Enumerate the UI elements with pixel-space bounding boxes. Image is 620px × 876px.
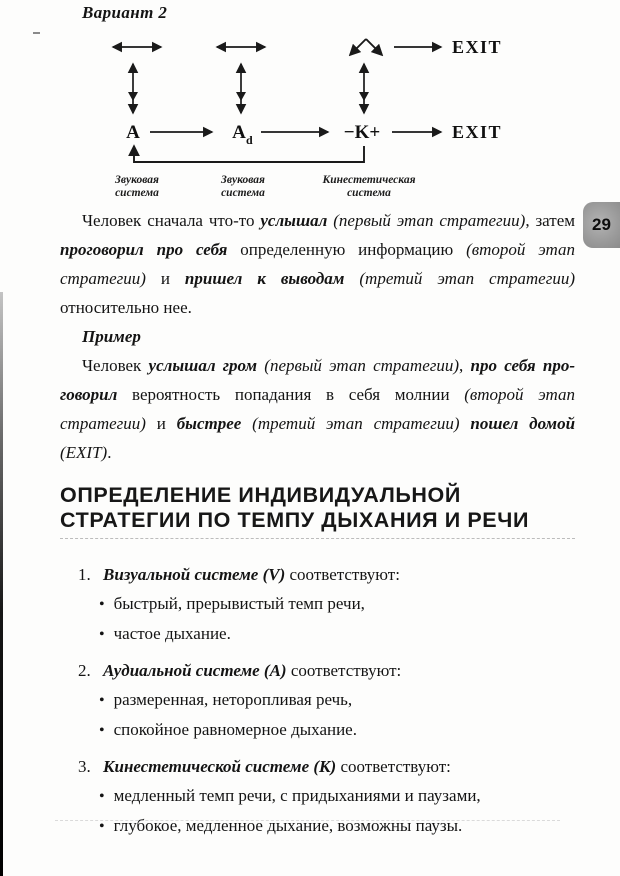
list-number: 1. (78, 560, 103, 589)
strategy-diagram: EXIT A A d −K+ EXIT Звуковая система Зву… (0, 24, 620, 206)
list-item-lead: 3.Кинестетической системе (К) соответств… (60, 752, 575, 781)
section-heading-line1: ОПРЕДЕЛЕНИЕ ИНДИВИДУАЛЬНОЙ (60, 483, 461, 507)
page-content: Человек сначала что-то услышал (первый э… (0, 206, 620, 841)
list-number: 2. (78, 656, 103, 685)
list-item-kinesthetic: 3.Кинестетической системе (К) соответств… (60, 752, 575, 841)
page-number: 29 (592, 215, 611, 235)
heading-underline-rule (60, 538, 575, 539)
feedback-loop-arrow (134, 146, 364, 162)
example-heading: Пример (60, 322, 575, 351)
bullet-text: спокойное равномерное дыхание. (114, 715, 357, 744)
section-heading: ОПРЕДЕЛЕНИЕ ИНДИВИДУАЛЬНОЙ СТРАТЕГИИ ПО … (60, 483, 575, 533)
bullet-item: • глубокое, медленное дыхание, возможны … (60, 811, 575, 841)
book-page: Вариант 2 EXIT A A d −K+ EXIT (0, 0, 620, 876)
node-a: A (126, 122, 140, 143)
bullet-text: быстрый, прерывистый темп речи, (114, 589, 365, 618)
bullet-icon: • (99, 716, 105, 745)
bullet-icon: • (99, 782, 105, 811)
list-item-visual: 1.Визуальной системе (V) соответствуют: … (60, 560, 575, 649)
scan-speck-artifact (33, 32, 40, 34)
list-lead-text: Аудиальной системе (А) соответствуют: (103, 661, 401, 680)
bullet-icon: • (99, 812, 105, 841)
intro-paragraph: Человек сначала что-то услышал (первый э… (60, 206, 575, 322)
node-ad-subscript: d (246, 133, 253, 147)
bullet-icon: • (99, 686, 105, 715)
node-ad-base: A (232, 122, 246, 143)
system-label-3-line2: система (347, 187, 391, 199)
system-label-2-line2: система (221, 187, 265, 199)
list-item-lead: 1.Визуальной системе (V) соответствуют: (60, 560, 575, 589)
list-lead-text: Визуальной системе (V) соответствуют: (103, 565, 400, 584)
vertical-arrowhead-extra-3 (359, 92, 369, 101)
list-lead-text: Кинестетической системе (К) соответствую… (103, 757, 451, 776)
vertical-arrowhead-extra-2 (236, 92, 246, 101)
bullet-text: медленный темп речи, с придыханиями и па… (114, 781, 481, 810)
systems-list: 1.Визуальной системе (V) соответствуют: … (60, 560, 575, 841)
list-item-lead: 2.Аудиальной системе (А) соответствуют: (60, 656, 575, 685)
exit-mid-label: EXIT (452, 122, 502, 142)
variant-heading: Вариант 2 (82, 2, 620, 24)
example-paragraph: Человек услышал гром (первый этап страте… (60, 351, 575, 467)
system-label-1-line1: Звуковая (114, 174, 159, 186)
bent-arrow-right-leg (366, 39, 382, 55)
bullet-item: • спокойное равномерное дыхание. (60, 715, 575, 745)
bullet-item: • размеренная, неторопливая речь, (60, 685, 575, 715)
exit-top-label: EXIT (452, 37, 502, 57)
bullet-item: • быстрый, прерывистый темп речи, (60, 589, 575, 619)
system-label-3-line1: Кинестетическая (321, 174, 415, 186)
section-heading-line2: СТРАТЕГИИ ПО ТЕМПУ ДЫХАНИЯ И РЕЧИ (60, 508, 529, 532)
node-k: −K+ (344, 122, 380, 143)
list-item-audial: 2.Аудиальной системе (А) соответствуют: … (60, 656, 575, 745)
system-label-1-line2: система (115, 187, 159, 199)
bullet-text: глубокое, медленное дыхание, возможны па… (114, 811, 463, 840)
bullet-icon: • (99, 590, 105, 619)
bullet-item: • медленный темп речи, с придыханиями и … (60, 781, 575, 811)
bullet-text: размеренная, неторопливая речь, (114, 685, 353, 714)
bullet-text: частое дыхание. (114, 619, 231, 648)
system-label-2-line1: Звуковая (220, 174, 265, 186)
scan-edge-artifact (0, 292, 3, 876)
bullet-item: • частое дыхание. (60, 619, 575, 649)
scan-line-artifact (55, 820, 560, 821)
vertical-arrowhead-extra-1 (128, 92, 138, 101)
bent-arrow-left-leg (350, 39, 366, 55)
bullet-icon: • (99, 620, 105, 649)
list-number: 3. (78, 752, 103, 781)
page-number-tab: 29 (583, 202, 620, 248)
